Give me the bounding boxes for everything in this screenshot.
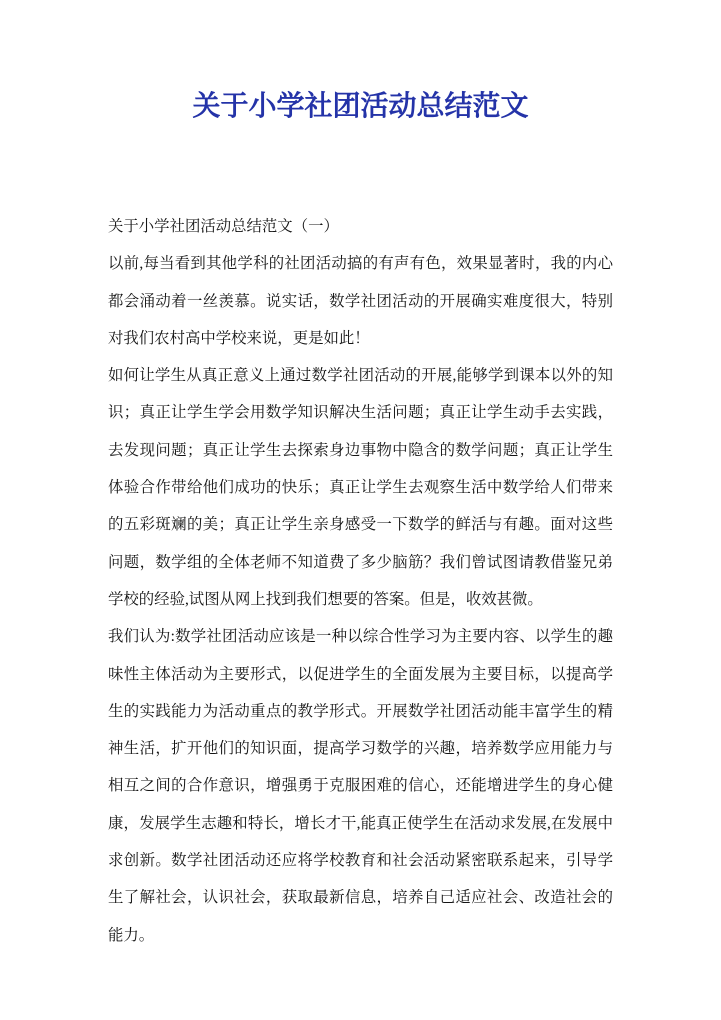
document-title: 关于小学社团活动总结范文 bbox=[108, 87, 613, 127]
document-body: 关于小学社团活动总结范文（一） 以前,每当看到其他学科的社团活动搞的有声有色，效… bbox=[108, 208, 613, 954]
paragraph: 如何让学生从真正意义上通过数学社团活动的开展,能够学到课本以外的知识；真正让学生… bbox=[108, 357, 613, 618]
paragraph: 以前,每当看到其他学科的社团活动搞的有声有色，效果显著时，我的内心都会涌动着一丝… bbox=[108, 245, 613, 357]
document-page: 关于小学社团活动总结范文 关于小学社团活动总结范文（一） 以前,每当看到其他学科… bbox=[0, 0, 721, 1020]
paragraph: 我们认为:数学社团活动应该是一种以综合性学习为主要内容、以学生的趣味性主体活动为… bbox=[108, 618, 613, 954]
paragraph-subtitle: 关于小学社团活动总结范文（一） bbox=[108, 208, 613, 245]
